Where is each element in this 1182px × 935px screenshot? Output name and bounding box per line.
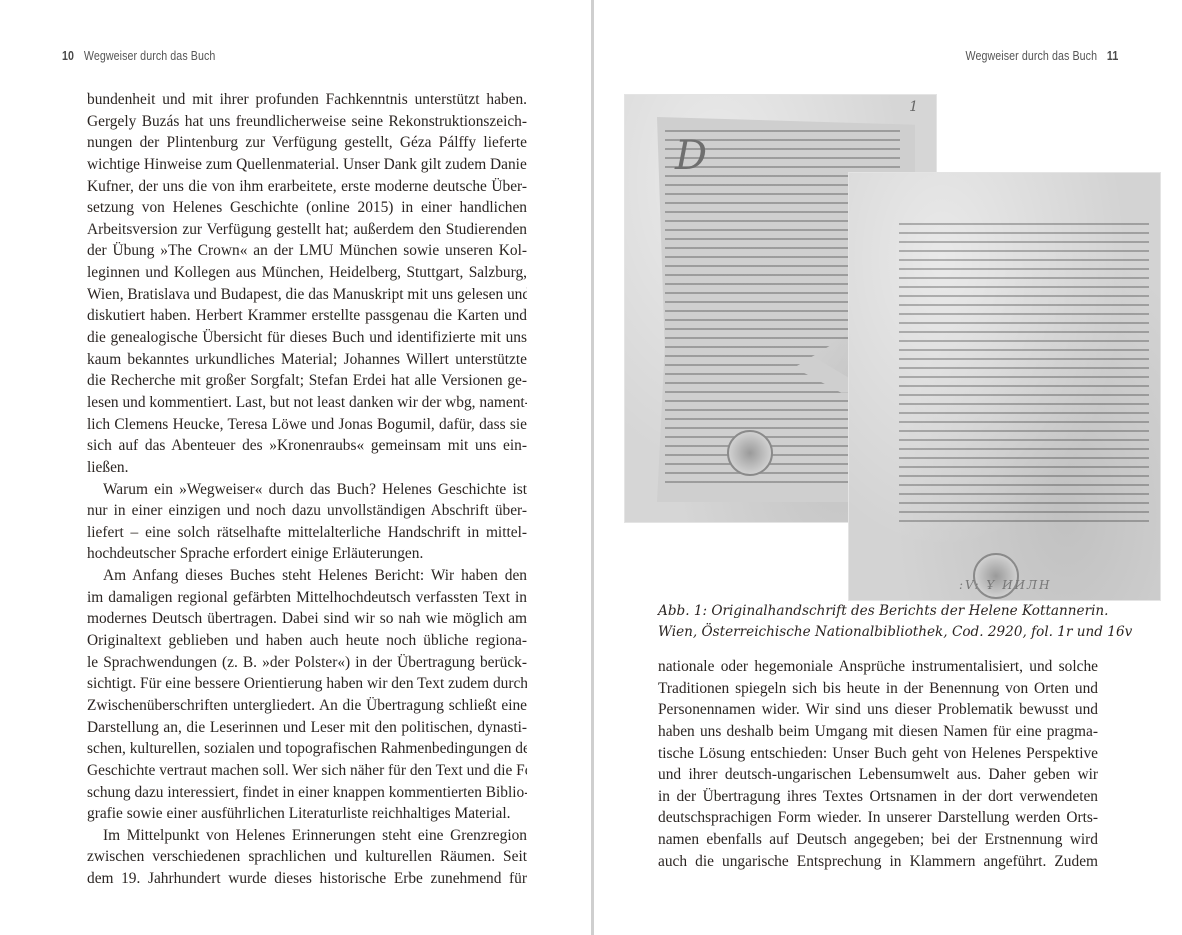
left-page-number: 10 <box>62 48 74 63</box>
right-page-number: 11 <box>1107 48 1118 63</box>
text-line: Geschichte vertraut machen soll. Wer sic… <box>87 760 527 782</box>
text-line: schung dazu interessiert, findet in eine… <box>87 782 527 804</box>
text-line: liefert – eine solch rätselhafte mittela… <box>87 522 527 544</box>
caption-line: Wien, Österreichische Nationalbibliothek… <box>658 622 1128 643</box>
text-line: Warum ein »Wegweiser« durch das Buch? He… <box>87 479 527 501</box>
text-line: dem 19. Jahrhundert wurde dieses histori… <box>87 868 527 890</box>
text-line: leginnen und Kollegen aus München, Heide… <box>87 262 527 284</box>
text-line: hochdeutscher Sprache erfordert einige E… <box>87 543 527 565</box>
text-line: bundenheit und mit ihrer profunden Fachk… <box>87 89 527 111</box>
text-line: setzung von Helenes Geschichte (online 2… <box>87 197 527 219</box>
text-line: diskutiert haben. Herbert Krammer erstel… <box>87 305 527 327</box>
text-line: nur in einer einzigen und noch dazu unvo… <box>87 500 527 522</box>
text-line: namen ebenfalls auf Deutsch angegeben; b… <box>658 829 1098 851</box>
text-line: Personennamen wider. Wir sind uns dieser… <box>658 699 1098 721</box>
text-line: sichtigt. Für eine bessere Orientierung … <box>87 673 527 695</box>
left-page-body: bundenheit und mit ihrer profunden Fachk… <box>87 89 527 890</box>
library-stamp-icon <box>727 430 773 476</box>
text-line: Wien, Bratislava und Budapest, die das M… <box>87 284 527 306</box>
text-line: Im Mittelpunkt von Helenes Erinnerungen … <box>87 825 527 847</box>
text-line: nationale oder hegemoniale Ansprüche ins… <box>658 656 1098 678</box>
right-page-body: nationale oder hegemoniale Ansprüche ins… <box>658 656 1098 872</box>
text-line: Darstellung an, die Leserinnen und Leser… <box>87 717 527 739</box>
text-line: in der Übertragung ihres Textes Ortsname… <box>658 786 1098 808</box>
text-line: lich Clemens Heucke, Teresa Löwe und Jon… <box>87 414 527 436</box>
folio-number-mark: 1 <box>909 99 918 115</box>
text-line: wichtige Hinweise zum Quellenmaterial. U… <box>87 154 527 176</box>
figure-caption: Abb. 1: Originalhandschrift des Berichts… <box>658 601 1128 643</box>
text-line: Traditionen spiegeln sich bis heute in d… <box>658 678 1098 700</box>
text-line: Zwischenüberschriften untergliedert. An … <box>87 695 527 717</box>
text-line: zwischen verschiedenen sprachlichen und … <box>87 846 527 868</box>
text-line: kaum bekanntes urkundliches Material; Jo… <box>87 349 527 371</box>
library-stamp-icon <box>973 553 1019 599</box>
text-line: tische Lösung entschieden: Unser Buch ge… <box>658 743 1098 765</box>
right-running-head-title: Wegweiser durch das Buch <box>965 48 1097 63</box>
text-line: haben uns deshalb beim Umgang mit diesen… <box>658 721 1098 743</box>
decorated-initial: D <box>675 133 707 179</box>
text-line: le Sprachwendungen (z. B. »der Polster«)… <box>87 652 527 674</box>
right-running-head: Wegweiser durch das Buch11 <box>965 48 1118 63</box>
page-gutter-divider <box>591 0 594 935</box>
text-line: grafie sowie einer ausführlichen Literat… <box>87 803 527 825</box>
text-line: und ihrer deutsch-ungarischen Lebensumwe… <box>658 764 1098 786</box>
shelfmark-scribble: :V: Ұ ИИЛН <box>959 578 1052 592</box>
text-line: lesen und kommentiert. Last, but not lea… <box>87 392 527 414</box>
text-line: Kufner, der uns die von ihm erarbeitete,… <box>87 176 527 198</box>
text-line: deutschsprachigen Form wieder. In unsere… <box>658 807 1098 829</box>
handwritten-text-lines <box>899 223 1149 523</box>
text-line: Originaltext geblieben und haben auch he… <box>87 630 527 652</box>
text-line: modernes Deutsch übertragen. Dabei sind … <box>87 608 527 630</box>
text-line: Am Anfang dieses Buches steht Helenes Be… <box>87 565 527 587</box>
text-line: der Übung »The Crown« an der LMU München… <box>87 240 527 262</box>
left-running-head-title: Wegweiser durch das Buch <box>84 48 216 63</box>
text-line: die genealogische Übersicht für dieses B… <box>87 327 527 349</box>
text-line: Arbeitsversion zur Verfügung gestellt ha… <box>87 219 527 241</box>
text-line: Gergely Buzás hat uns freundlicherweise … <box>87 111 527 133</box>
caption-line: Abb. 1: Originalhandschrift des Berichts… <box>658 601 1128 622</box>
text-line: im damaligen regional gefärbten Mittelho… <box>87 587 527 609</box>
text-line: schen, kulturellen, sozialen und topogra… <box>87 738 527 760</box>
left-running-head: 10Wegweiser durch das Buch <box>62 48 215 63</box>
text-line: ließen. <box>87 457 527 479</box>
text-line: sich auf das Abenteuer des »Kronenraubs«… <box>87 435 527 457</box>
text-line: nungen der Plintenburg zur Verfügung ges… <box>87 132 527 154</box>
manuscript-folio-16v-image: :V: Ұ ИИЛН <box>849 173 1160 600</box>
text-line: die Recherche mit großer Sorgfalt; Stefa… <box>87 370 527 392</box>
text-line: auch die ungarische Entsprechung in Klam… <box>658 851 1098 873</box>
